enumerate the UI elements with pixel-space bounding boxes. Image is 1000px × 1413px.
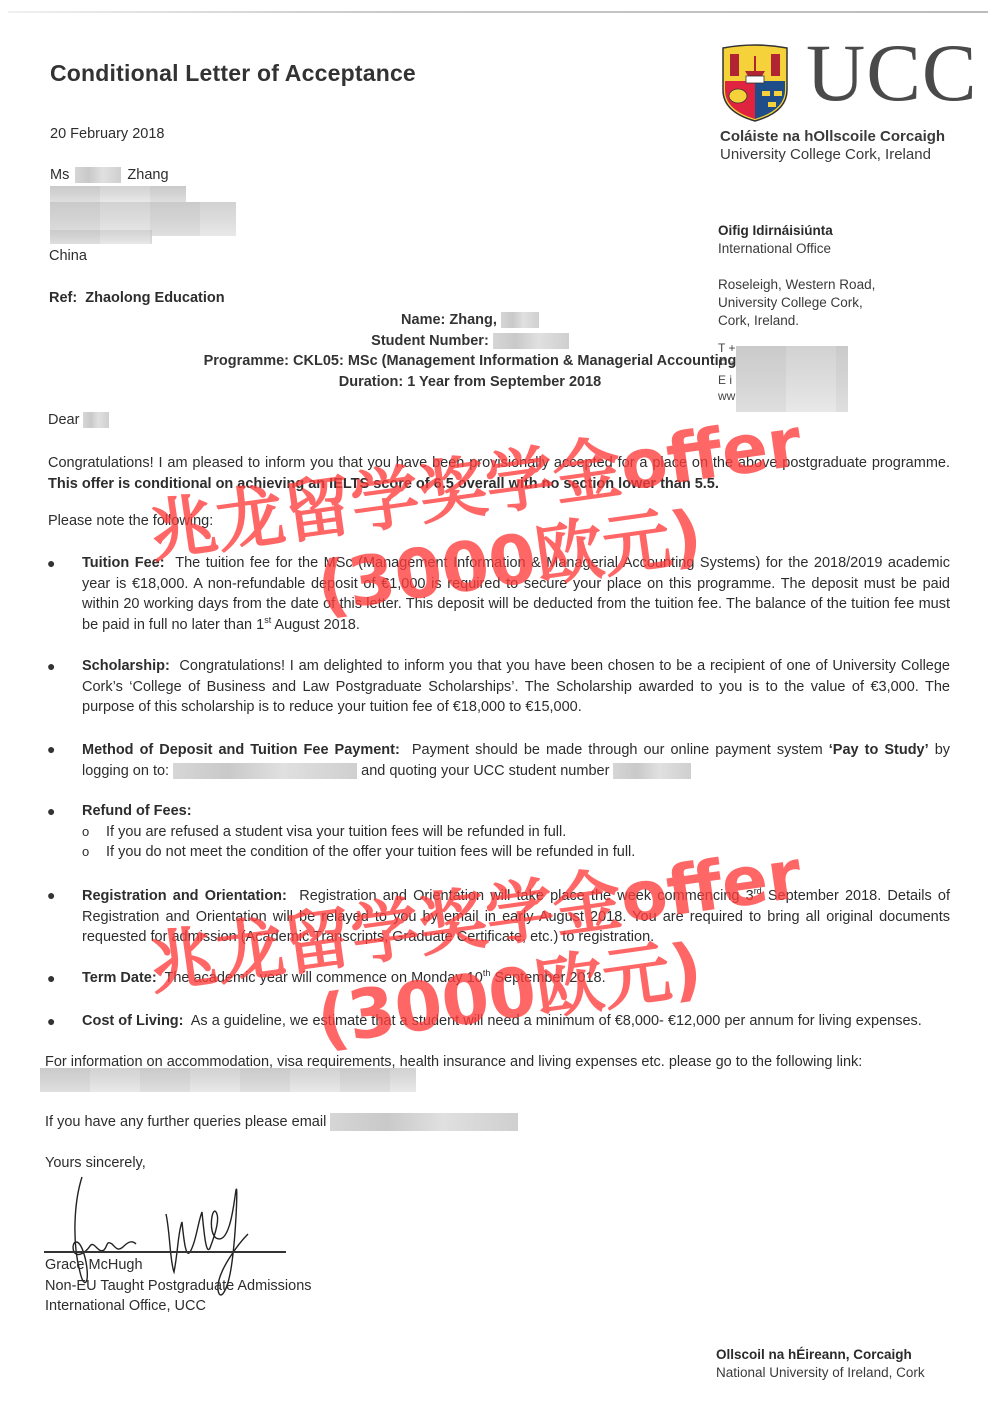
intro-paragraph: Congratulations! I am pleased to inform … bbox=[48, 453, 950, 494]
greeting: Dear bbox=[48, 410, 109, 430]
redacted-address-line-3 bbox=[50, 230, 152, 244]
footer-english: National University of Ireland, Cork bbox=[716, 1364, 925, 1382]
top-rule bbox=[8, 11, 988, 13]
bullet-icon: ● bbox=[47, 970, 55, 986]
signatory-office: International Office, UCC bbox=[45, 1296, 206, 1316]
signature-line bbox=[44, 1251, 286, 1253]
item-term-date: Term Date: The academic year will commen… bbox=[82, 968, 950, 989]
letter-title: Conditional Letter of Acceptance bbox=[50, 60, 416, 87]
office-english-name: International Office bbox=[718, 240, 875, 258]
item-text: Registration and Orientation will take p… bbox=[299, 888, 753, 904]
item-label: Method of Deposit and Tuition Fee Paymen… bbox=[82, 742, 400, 758]
redacted-greeting-name bbox=[83, 412, 109, 428]
redacted-email-address[interactable] bbox=[330, 1113, 518, 1131]
recipient-surname: Zhang bbox=[127, 167, 168, 183]
refund-subitem: If you are refused a student visa your t… bbox=[82, 822, 950, 843]
redacted-info-link[interactable] bbox=[40, 1068, 416, 1092]
item-label: Registration and Orientation: bbox=[82, 888, 287, 904]
student-name-line: Name: Zhang, bbox=[150, 310, 790, 331]
footer-irish: Ollscoil na hÉireann, Corcaigh bbox=[716, 1346, 925, 1364]
footer: Ollscoil na hÉireann, Corcaigh National … bbox=[716, 1346, 925, 1382]
note-heading: Please note the following: bbox=[48, 511, 213, 531]
ordinal-suffix: rd bbox=[754, 886, 762, 896]
letter-date: 20 February 2018 bbox=[50, 124, 164, 144]
queries-text: If you have any further queries please e… bbox=[45, 1114, 326, 1130]
pay-to-study-name: ‘Pay to Study’ bbox=[829, 742, 929, 758]
recipient-name: Ms Zhang bbox=[50, 165, 169, 185]
bullet-icon: ● bbox=[47, 658, 55, 674]
office-irish-name: Oifig Idirnáisiúnta bbox=[718, 222, 875, 240]
ref-label: Ref: bbox=[49, 290, 77, 306]
item-refund-of-fees: Refund of Fees: If you are refused a stu… bbox=[82, 801, 950, 863]
ref-value: Zhaolong Education bbox=[85, 290, 224, 306]
university-english-name: University College Cork, Ireland bbox=[720, 146, 931, 163]
ucc-crest-icon bbox=[720, 44, 790, 122]
signatory-role: Non-EU Taught Postgraduate Admissions bbox=[45, 1276, 312, 1296]
item-text-end: September 2018. bbox=[490, 970, 605, 986]
redacted-address-line-1 bbox=[50, 186, 186, 202]
redacted-student-number bbox=[493, 333, 569, 349]
item-label: Scholarship: bbox=[82, 658, 170, 674]
redacted-student-number-inline bbox=[613, 763, 691, 779]
item-text: Congratulations! I am delighted to infor… bbox=[82, 658, 950, 715]
bullet-icon: ● bbox=[47, 1013, 55, 1029]
greeting-text: Dear bbox=[48, 412, 79, 428]
item-cost-of-living: Cost of Living: As a guideline, we estim… bbox=[82, 1011, 950, 1032]
item-label: Refund of Fees: bbox=[82, 803, 192, 819]
refund-subitem: If you do not meet the condition of the … bbox=[82, 842, 950, 863]
programme-block: Name: Zhang, Student Number: Programme: … bbox=[150, 310, 790, 392]
bullet-icon: ● bbox=[47, 887, 55, 903]
ielts-condition: This offer is conditional on achieving a… bbox=[48, 476, 719, 492]
student-name-label: Name: Zhang, bbox=[401, 312, 497, 328]
bullet-icon: ● bbox=[47, 741, 55, 757]
item-label: Tuition Fee: bbox=[82, 555, 165, 571]
student-number-line: Student Number: bbox=[150, 331, 790, 352]
bullet-icon: ● bbox=[47, 555, 55, 571]
redacted-first-name bbox=[75, 167, 121, 183]
ucc-wordmark: UCC bbox=[806, 32, 978, 114]
item-text-3: and quoting your UCC student number bbox=[361, 763, 609, 779]
item-registration: Registration and Orientation: Registrati… bbox=[82, 886, 950, 948]
bullet-icon: ● bbox=[47, 803, 55, 819]
address-line-1: Roseleigh, Western Road, bbox=[718, 276, 875, 294]
university-irish-name: Coláiste na hOllscoile Corcaigh bbox=[720, 128, 945, 145]
queries-line: If you have any further queries please e… bbox=[45, 1112, 518, 1132]
item-text: The tuition fee for the MSc (Management … bbox=[82, 555, 950, 633]
item-label: Cost of Living: bbox=[82, 1013, 184, 1029]
item-text: The academic year will commence on Monda… bbox=[164, 970, 482, 986]
student-number-label: Student Number: bbox=[371, 333, 489, 349]
signatory-name: Grace McHugh bbox=[45, 1255, 143, 1275]
duration-line: Duration: 1 Year from September 2018 bbox=[150, 372, 790, 393]
item-tuition-fee: Tuition Fee: The tuition fee for the MSc… bbox=[82, 553, 950, 635]
item-text-end: August 2018. bbox=[271, 617, 360, 633]
item-text: As a guideline, we estimate that a stude… bbox=[191, 1013, 922, 1029]
recipient-salutation: Ms bbox=[50, 167, 69, 183]
redacted-payment-url bbox=[173, 763, 357, 779]
programme-line: Programme: CKL05: MSc (Management Inform… bbox=[150, 351, 790, 372]
reference-line: Ref: Zhaolong Education bbox=[49, 288, 225, 308]
item-label: Term Date: bbox=[82, 970, 157, 986]
item-payment-method: Method of Deposit and Tuition Fee Paymen… bbox=[82, 740, 950, 781]
item-text: Payment should be made through our onlin… bbox=[412, 742, 823, 758]
intro-text: Congratulations! I am pleased to inform … bbox=[48, 455, 950, 471]
closing: Yours sincerely, bbox=[45, 1153, 146, 1173]
redacted-student-given-name bbox=[501, 312, 539, 328]
recipient-country: China bbox=[49, 246, 87, 266]
item-scholarship: Scholarship: Congratulations! I am delig… bbox=[82, 656, 950, 718]
